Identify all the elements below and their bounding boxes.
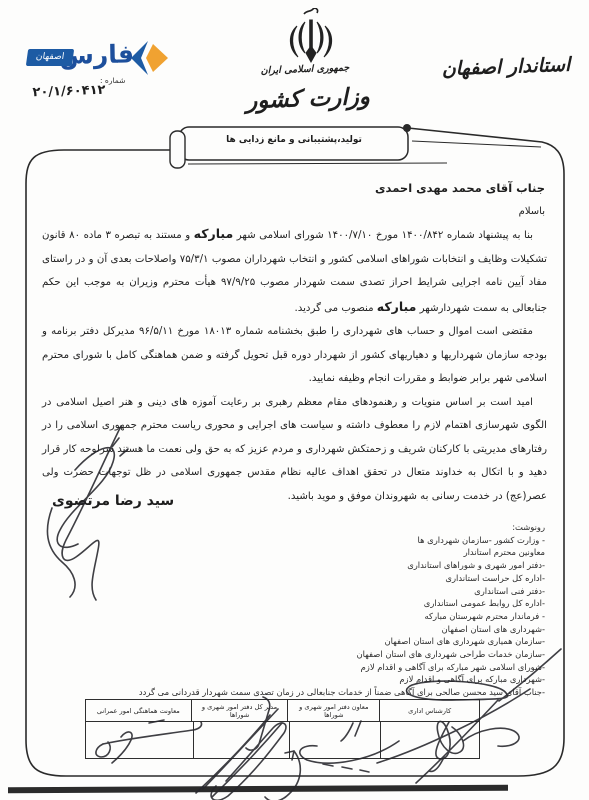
serial-number-handwritten: ۲۰/۱/۶۰۴۱۲	[26, 83, 112, 101]
cc-item: - وزارت کشور -سازمان شهرداری ها	[115, 534, 545, 547]
table-header-cell: معاون دفتر امور شهری و شوراها	[287, 700, 379, 721]
scanned-letter-page: فارس اصفهان شماره : ۲۰/۱/۶۰۴۱۲ جمهوری اس…	[0, 0, 589, 800]
cc-item: -سازمان خدمات طراحی شهرداری های استان اص…	[115, 648, 545, 661]
cc-item: - فرماندار محترم شهرستان مبارکه	[115, 610, 545, 623]
iran-emblem-icon	[280, 8, 342, 66]
cc-item: -اداره کل حراست استانداری	[115, 572, 545, 585]
fars-agency-logo-text: فارس	[64, 39, 134, 69]
banner-scroll-curl	[170, 131, 185, 168]
approval-table-header-row: کارشناس اداری معاون دفتر امور شهری و شور…	[86, 700, 479, 722]
p1-text: بنا به پیشنهاد شماره ۱۴۰۰/۸۴۲ مورخ ۱۴۰۰/…	[233, 230, 533, 241]
table-header-cell: معاونت هماهنگی امور عمرانی	[86, 700, 191, 721]
ministry-title: وزارت کشور	[233, 83, 384, 114]
paragraph-guidance: امید است بر اساس منویات و رهنمودهای مقام…	[42, 391, 547, 509]
cc-item: معاونین محترم استاندار	[115, 546, 545, 559]
cc-item: -شورای اسلامی شهر مبارکه برای آگاهی و اق…	[115, 661, 545, 674]
paragraph-handover: مقتضی است اموال و حساب های شهرداری را طب…	[42, 320, 547, 391]
cc-item: -جناب آقای سید محسن صالحی برای آگاهی ضمن…	[115, 686, 545, 699]
cc-item: -شهرداری مبارکه برای آگاهی و اقدام لازم	[115, 673, 545, 686]
p1-text: منصوب می گردید.	[294, 303, 376, 314]
governor-office-script: استاندار اصفهان	[430, 53, 583, 80]
cc-list: رونوشت: - وزارت کشور -سازمان شهرداری ها …	[115, 521, 545, 699]
letter-body: بنا به پیشنهاد شماره ۱۴۰۰/۸۴۲ مورخ ۱۴۰۰/…	[42, 222, 547, 508]
cc-item: -دفتر فنی استانداری	[115, 585, 545, 598]
cc-item: -سازمان همیاری شهرداری های استان اصفهان	[115, 635, 545, 648]
table-signature-cell	[89, 722, 193, 758]
fars-agency-diamond-icon	[130, 39, 172, 79]
fars-region-badge: اصفهان	[26, 49, 74, 66]
p1-text: و مستند به تبصره ۳ ماده ۸۰ قانون تشکیلات…	[42, 230, 547, 314]
table-signature-cell	[380, 722, 479, 758]
city-name-bold: مبارکه	[377, 299, 417, 314]
cc-item: -شهرداری های استان اصفهان	[115, 623, 545, 636]
table-header-cell: مدیر کل دفتر امور شهری و شوراها	[191, 700, 288, 721]
table-signature-cell	[289, 722, 380, 758]
cc-item: -دفتر امور شهری و شوراهای استانداری	[115, 559, 545, 572]
table-header-cell: کارشناس اداری	[379, 700, 479, 721]
addressee-name: جناب آقای محمد مهدی احمدی	[375, 181, 545, 195]
scan-bottom-edge-line	[8, 785, 508, 794]
table-signature-cell	[193, 722, 289, 758]
cc-label: رونوشت:	[115, 521, 545, 534]
year-slogan-banner: تولید،پشتیبانی و مانع زدایی ها	[186, 135, 402, 145]
city-name-bold: مبارکه	[194, 226, 234, 241]
approval-table: کارشناس اداری معاون دفتر امور شهری و شور…	[85, 699, 480, 759]
salutation: باسلام	[519, 206, 545, 217]
approval-table-signature-row	[86, 722, 479, 758]
paragraph-appointment: بنا به پیشنهاد شماره ۱۴۰۰/۸۴۲ مورخ ۱۴۰۰/…	[42, 222, 547, 320]
cc-item: -اداره کل روابط عمومی استانداری	[115, 597, 545, 610]
